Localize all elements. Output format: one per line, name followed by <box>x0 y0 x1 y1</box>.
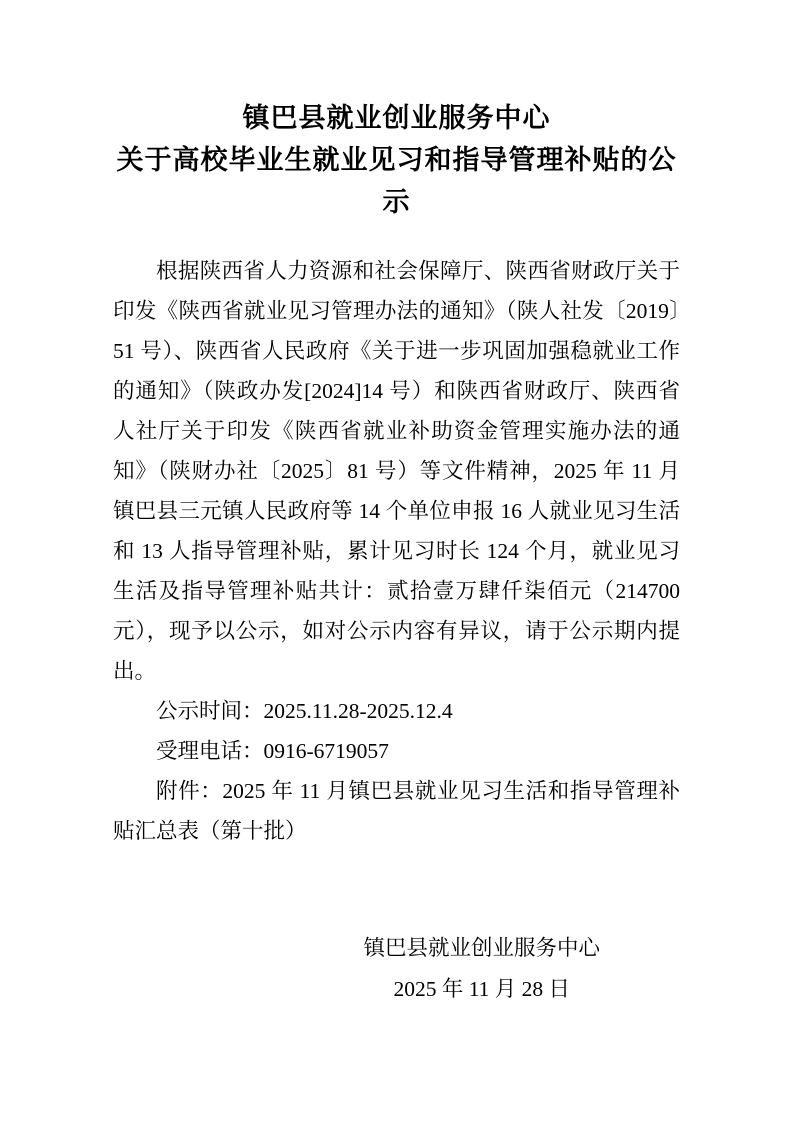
publicity-time-label: 公示时间： <box>156 699 264 723</box>
phone-label: 受理电话： <box>156 739 264 763</box>
document-page: 镇巴县就业创业服务中心 关于高校毕业生就业见习和指导管理补贴的公示 根据陕西省人… <box>0 0 793 1122</box>
phone-line: 受理电话：0916-6719057 <box>113 731 680 771</box>
publicity-time-line: 公示时间：2025.11.28-2025.12.4 <box>113 691 680 731</box>
signature-org: 镇巴县就业创业服务中心 <box>363 928 600 969</box>
phone-value: 0916-6719057 <box>264 739 389 763</box>
title-line-1: 镇巴县就业创业服务中心 <box>113 97 680 139</box>
signature-block: 镇巴县就业创业服务中心 2025 年 11 月 28 日 <box>363 928 600 1010</box>
signature-date: 2025 年 11 月 28 日 <box>363 969 600 1010</box>
attachment-line: 附件：2025 年 11 月镇巴县就业见习生活和指导管理补贴汇总表（第十批） <box>113 771 680 851</box>
document-title: 镇巴县就业创业服务中心 关于高校毕业生就业见习和指导管理补贴的公示 <box>113 97 680 223</box>
title-line-2: 关于高校毕业生就业见习和指导管理补贴的公示 <box>113 139 680 223</box>
publicity-time-value: 2025.11.28-2025.12.4 <box>264 699 453 723</box>
body-paragraph: 根据陕西省人力资源和社会保障厅、陕西省财政厅关于印发《陕西省就业见习管理办法的通… <box>113 251 680 691</box>
